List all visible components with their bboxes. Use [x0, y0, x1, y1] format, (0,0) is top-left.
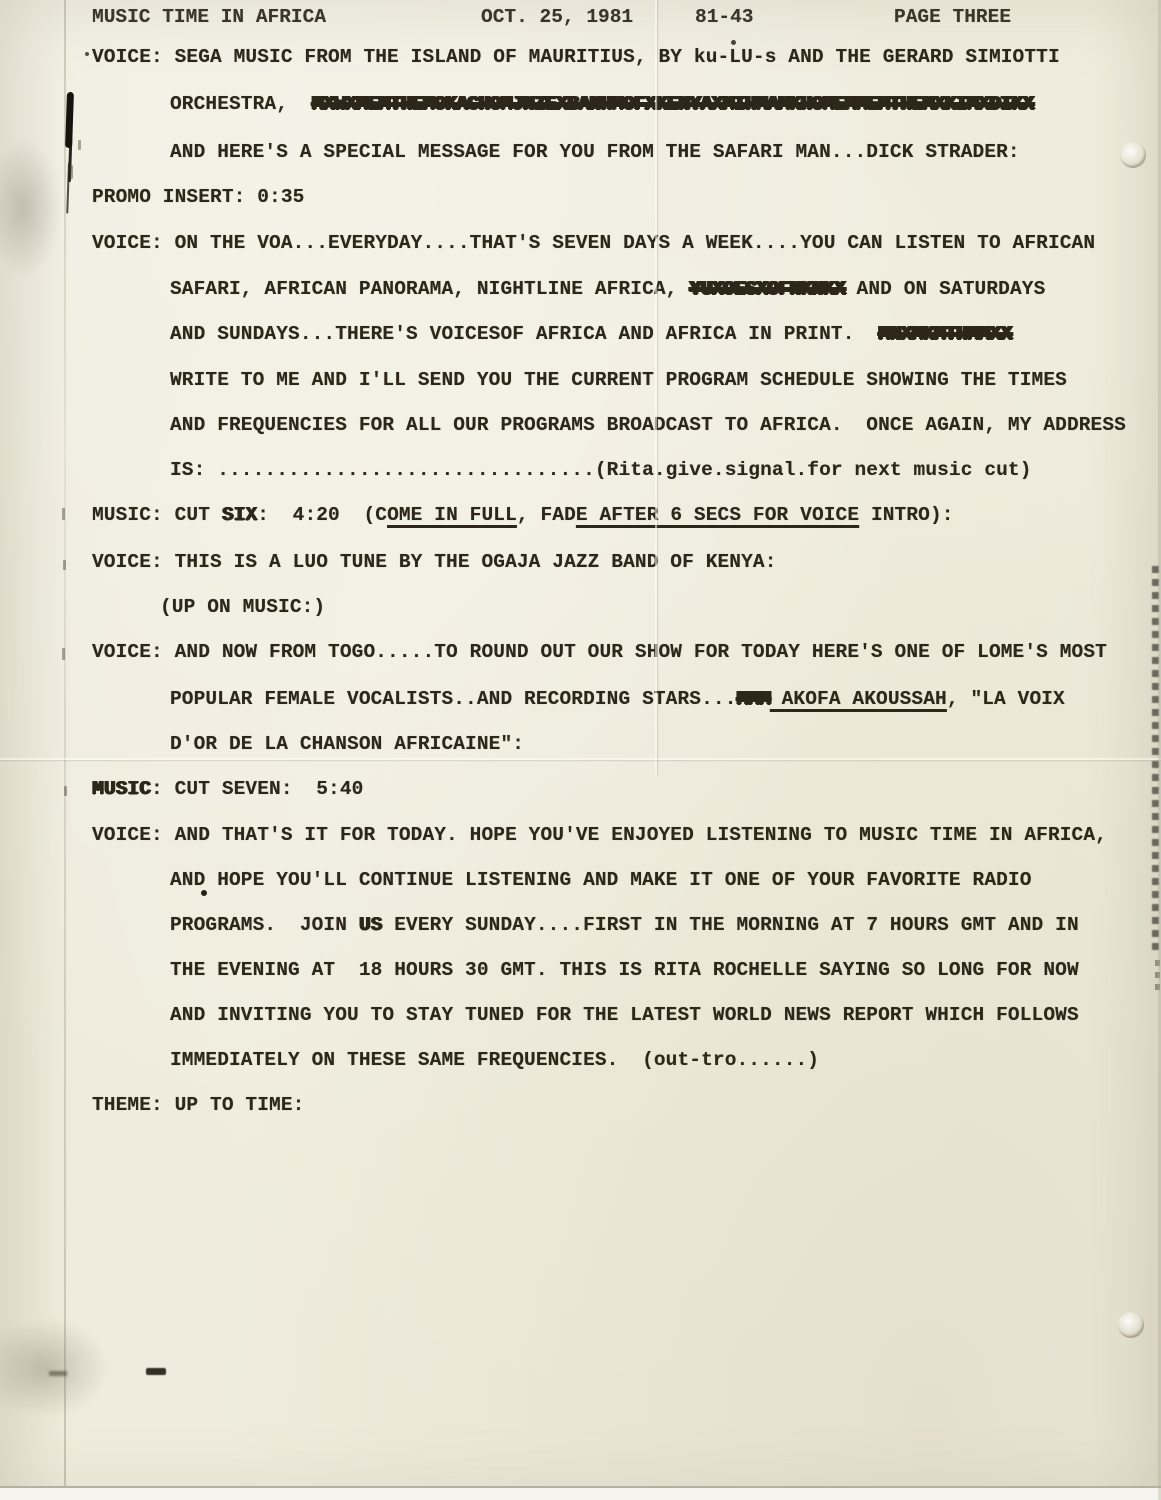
script-line: VOICE: SEGA MUSIC FROM THE ISLAND OF MAU…	[92, 45, 1060, 69]
script-text: VOICE: SEGA MUSIC FROM THE ISLAND OF MAU…	[92, 46, 1060, 68]
edge-tick-mark	[78, 140, 81, 150]
script-text: AND SUNDAYS...THERE'S VOICESOF AFRICA AN…	[170, 323, 878, 345]
script-line: D'OR DE LA CHANSON AFRICAINE":	[170, 732, 524, 756]
script-text: POPULAR FEMALE VOCALISTS..AND RECORDING …	[170, 688, 737, 710]
script-text: IMMEDIATELY ON THESE SAME FREQUENCIES. (…	[170, 1049, 819, 1071]
script-text: MUSIC	[92, 778, 151, 800]
ink-dash-mark	[146, 1368, 166, 1375]
script-line: MUSIC: CUT SEVEN: 5:40	[92, 777, 363, 801]
script-line: IMMEDIATELY ON THESE SAME FREQUENCIES. (…	[170, 1048, 819, 1072]
script-text: : CUT SEVEN: 5:40	[151, 778, 363, 800]
script-text: AKOFA AKOUSSAH	[770, 688, 947, 710]
script-text: ORCHESTRA,	[170, 93, 312, 115]
stray-ink-dot	[85, 52, 89, 56]
script-line: PROMO INSERT: 0:35	[92, 185, 304, 209]
script-text: VOICE: THIS IS A LUO TUNE BY THE OGAJA J…	[92, 551, 777, 573]
script-text: , "LA VOIX	[947, 688, 1065, 710]
script-line: MUSIC: CUT SIX: 4:20 (COME IN FULL, FADE…	[92, 503, 954, 527]
script-text: PROGRAMS. JOIN	[170, 914, 359, 936]
script-text: PROMO INSERT: 0:35	[92, 186, 304, 208]
script-text: AND INVITING YOU TO STAY TUNED FOR THE L…	[170, 1004, 1079, 1026]
crossed-out-text: MNXMKMTHMMXX	[878, 323, 1011, 345]
crossed-out-text: YUXOESXOFNKNKX	[689, 278, 844, 300]
script-text: : 4:20 (C	[257, 504, 387, 526]
smudge-mark	[0, 138, 62, 278]
script-text: EVERY SUNDAY....FIRST IN THE MORNING AT …	[382, 914, 1078, 936]
edge-tick-mark	[64, 786, 67, 796]
script-line: THE EVENING AT 18 HOURS 30 GMT. THIS IS …	[170, 958, 1079, 982]
page-title: MUSIC TIME IN AFRICA	[92, 6, 326, 28]
crossed-out-text: MXWXMEMTHEMOKACHOMJNZEXBANHMOFXKENYAXMIH…	[312, 93, 1034, 115]
script-page: MUSIC TIME IN AFRICA OCT. 25, 1981 81-43…	[0, 0, 1161, 1500]
horizontal-fold-line	[0, 758, 1161, 760]
vertical-fold-line-left	[64, 0, 66, 1500]
script-line: VOICE: THIS IS A LUO TUNE BY THE OGAJA J…	[92, 550, 777, 574]
script-line: WRITE TO ME AND I'LL SEND YOU THE CURREN…	[170, 368, 1067, 392]
script-text: AND HOPE YOU'LL CONTINUE LISTENING AND M…	[170, 869, 1032, 891]
script-text: OME IN FULL	[387, 504, 517, 526]
smudge-mark	[0, 1318, 110, 1418]
script-text: WRITE TO ME AND I'LL SEND YOU THE CURREN…	[170, 369, 1067, 391]
stray-ink-dot	[201, 890, 207, 896]
script-text: AND ON SATURDAYS	[845, 278, 1046, 300]
script-line: VOICE: AND THAT'S IT FOR TODAY. HOPE YOU…	[92, 823, 1107, 847]
script-line: AND HOPE YOU'LL CONTINUE LISTENING AND M…	[170, 868, 1032, 892]
script-line: THEME: UP TO TIME:	[92, 1093, 304, 1117]
script-line: AND FREQUENCIES FOR ALL OUR PROGRAMS BRO…	[170, 413, 1126, 437]
script-text: US	[359, 914, 383, 936]
script-text: INTRO):	[859, 504, 953, 526]
script-line: AND INVITING YOU TO STAY TUNED FOR THE L…	[170, 1003, 1079, 1027]
script-text: VOICE: AND NOW FROM TOGO.....TO ROUND OU…	[92, 641, 1107, 663]
script-line: (UP ON MUSIC:)	[160, 595, 325, 619]
edge-tick-mark	[70, 165, 73, 179]
script-text: AND HERE'S A SPECIAL MESSAGE FOR YOU FRO…	[170, 141, 1020, 163]
script-text: THE EVENING AT 18 HOURS 30 GMT. THIS IS …	[170, 959, 1079, 981]
punch-hole	[1120, 142, 1146, 168]
crossed-out-text: MMM	[737, 688, 770, 710]
script-text: D'OR DE LA CHANSON AFRICAINE":	[170, 733, 524, 755]
script-text: (UP ON MUSIC:)	[160, 596, 325, 618]
script-text: , FAD	[517, 504, 576, 526]
header-page-label: PAGE THREE	[894, 6, 1011, 28]
script-line: VOICE: AND NOW FROM TOGO.....TO ROUND OU…	[92, 640, 1107, 664]
script-text: THEME: UP TO TIME:	[92, 1094, 304, 1116]
stray-ink-dot	[731, 40, 736, 45]
edge-tick-mark	[62, 508, 65, 520]
script-line: SAFARI, AFRICAN PANORAMA, NIGHTLINE AFRI…	[170, 277, 1045, 301]
script-text: MUSIC: CUT	[92, 504, 222, 526]
punch-hole	[1118, 1312, 1144, 1338]
script-text: AND FREQUENCIES FOR ALL OUR PROGRAMS BRO…	[170, 414, 1126, 436]
edge-tick-mark	[62, 648, 65, 660]
header-script-number: 81-43	[695, 6, 754, 28]
script-line: AND HERE'S A SPECIAL MESSAGE FOR YOU FRO…	[170, 140, 1020, 164]
script-line: ORCHESTRA, MXWXMEMTHEMOKACHOMJNZEXBANHMO…	[170, 92, 1033, 116]
script-line: IS: ................................(Rit…	[170, 458, 1032, 482]
script-text: E AFTER 6 SECS FOR VOICE	[576, 504, 859, 526]
script-line: AND SUNDAYS...THERE'S VOICESOF AFRICA AN…	[170, 322, 1011, 346]
script-line: POPULAR FEMALE VOCALISTS..AND RECORDING …	[170, 687, 1065, 711]
script-line: VOICE: ON THE VOA...EVERYDAY....THAT'S S…	[92, 231, 1095, 255]
header-date: OCT. 25, 1981	[481, 6, 633, 28]
script-text: SAFARI, AFRICAN PANORAMA, NIGHTLINE AFRI…	[170, 278, 689, 300]
scan-edge-bottom	[0, 1486, 1161, 1500]
ink-blob-mark	[65, 92, 74, 148]
script-line: PROGRAMS. JOIN US EVERY SUNDAY....FIRST …	[170, 913, 1079, 937]
edge-tick-mark	[63, 560, 66, 570]
vertical-fold-line-center	[655, 0, 657, 775]
script-text: IS: ................................(Rit…	[170, 459, 1032, 481]
script-text: VOICE: ON THE VOA...EVERYDAY....THAT'S S…	[92, 232, 1095, 254]
script-text: SIX	[222, 504, 257, 526]
script-text: VOICE: AND THAT'S IT FOR TODAY. HOPE YOU…	[92, 824, 1107, 846]
